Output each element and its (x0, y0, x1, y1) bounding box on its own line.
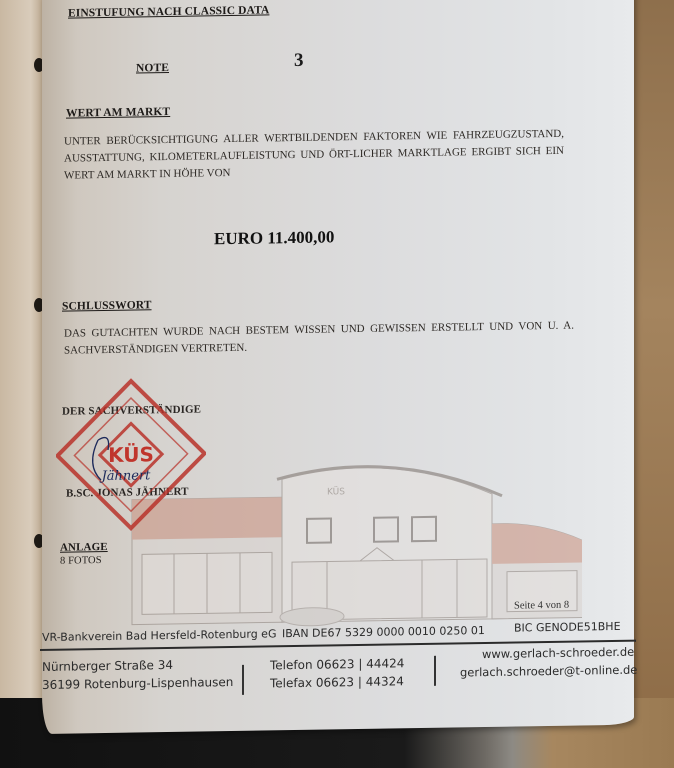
closing-heading: SCHLUSSWORT (62, 299, 152, 312)
background-left-page (0, 0, 44, 700)
website-link[interactable]: www.gerlach-schroeder.de (482, 645, 634, 661)
svg-text:KÜS: KÜS (327, 486, 345, 497)
phone-number: Telefon 06623 | 44424 (270, 656, 404, 672)
address-street: Nürnberger Straße 34 (42, 658, 173, 674)
footer-separator (242, 665, 244, 695)
svg-text:Jähnert: Jähnert (99, 468, 152, 484)
footer-separator (434, 656, 436, 686)
grade-label: NOTE (136, 62, 169, 75)
attachment-item: 8 FOTOS (60, 555, 102, 567)
bank-bic: BIC GENODE51BHE (514, 620, 621, 635)
svg-text:KÜS: KÜS (108, 442, 154, 467)
market-value-amount: EURO 11.400,00 (214, 227, 334, 249)
email-link[interactable]: gerlach.schroeder@t-online.de (460, 663, 637, 680)
closing-paragraph: DAS GUTACHTEN WURDE NACH BESTEM WISSEN U… (64, 318, 574, 360)
market-value-paragraph: UNTER BERÜCKSICHTIGUNG ALLER WERTBILDEND… (64, 126, 564, 185)
bank-iban: IBAN DE67 5329 0000 0010 0250 01 (282, 624, 485, 640)
grade-value: 3 (294, 50, 304, 72)
bank-name: VR-Bankverein Bad Hersfeld-Rotenburg eG (42, 627, 276, 644)
kues-stamp: KÜS Jähnert (56, 368, 206, 540)
fax-number: Telefax 06623 | 44324 (270, 674, 404, 690)
page-indicator: Seite 4 von 8 (514, 600, 569, 612)
classification-heading: EINSTUFUNG NACH CLASSIC DATA (68, 4, 269, 19)
market-value-heading: WERT AM MARKT (66, 106, 170, 120)
document-page: EINSTUFUNG NACH CLASSIC DATA NOTE 3 WERT… (42, 0, 634, 734)
attachment-heading: ANLAGE (60, 541, 108, 554)
address-city: 36199 Rotenburg-Lispenhausen (42, 675, 233, 692)
